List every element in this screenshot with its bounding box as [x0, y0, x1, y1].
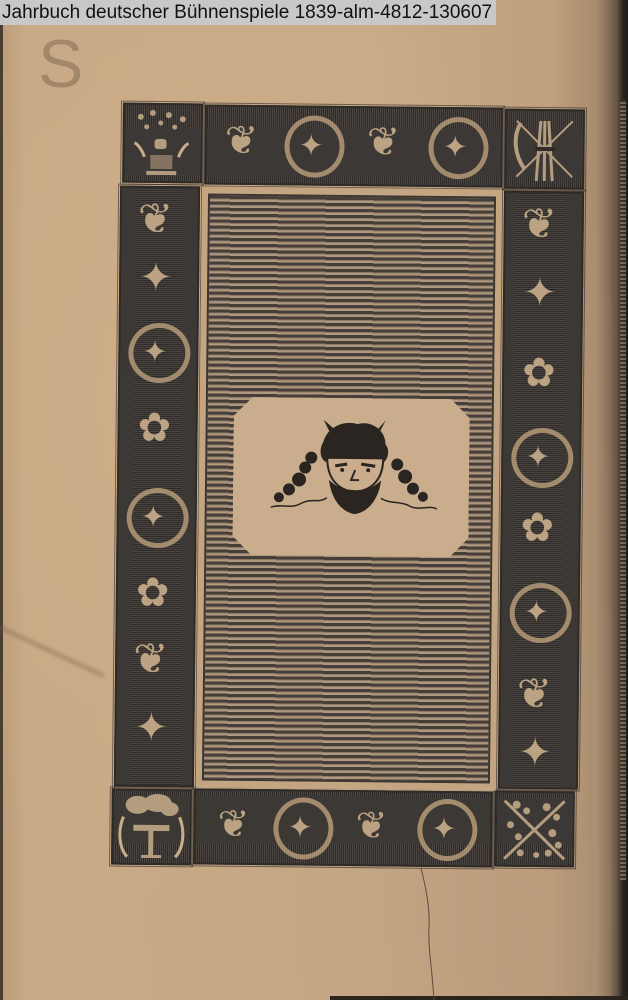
band-left: ❦ ✦ ✦ ✿ ✦ ✿ ❦ ✦	[114, 186, 200, 788]
crossed-torches-with-flowers-icon	[496, 793, 573, 866]
page-bottom-shadow	[330, 996, 628, 1000]
scanned-page: S	[0, 0, 628, 1000]
flower-icon: ✿	[137, 408, 171, 448]
ivy-leaf-icon: ❦	[133, 638, 169, 680]
ivy-leaf-icon: ✦	[134, 708, 168, 748]
corner-top-right	[504, 109, 585, 190]
ivy-leaf-icon: ❦	[355, 806, 387, 844]
paper-crack	[420, 868, 438, 1000]
ivy-leaf-icon: ✦	[298, 131, 323, 161]
ivy-leaf-icon: ❦	[224, 121, 258, 161]
ivy-leaf-icon: ✦	[524, 598, 549, 628]
document-title-bar: Jahrbuch deutscher Bühnenspiele 1839-alm…	[0, 0, 496, 25]
page-left-edge	[0, 0, 3, 1000]
ivy-leaf-icon: ✦	[523, 273, 557, 313]
ivy-leaf-icon: ❦	[366, 122, 400, 162]
flower-icon: ✿	[520, 508, 554, 548]
band-top: ❦ ✦ ❦ ✦	[204, 104, 503, 187]
ivy-leaf-icon: ✦	[140, 503, 165, 533]
spine-texture	[620, 100, 626, 880]
satyr-mask-with-grapevine-icon	[260, 417, 441, 537]
flower-icon: ✿	[136, 573, 170, 613]
ivy-leaf-icon: ✦	[525, 443, 550, 473]
corner-bottom-left	[111, 789, 192, 866]
clouds-and-altar-icon	[113, 791, 190, 864]
ornamental-frame: ❦ ✦ ❦ ✦ ❦ ✦ ❦ ✦ ❦ ✦ ✦ ✿ ✦ ✿ ❦ ✦	[111, 103, 585, 870]
ivy-leaf-icon: ❦	[138, 198, 174, 240]
ivy-leaf-icon: ✦	[518, 733, 552, 773]
ivy-leaf-icon: ✦	[442, 133, 467, 163]
ivy-leaf-icon: ✦	[142, 338, 167, 368]
corner-top-left	[122, 103, 203, 184]
paper-crease	[0, 625, 105, 678]
ivy-leaf-icon: ✦	[287, 813, 312, 843]
sheaf-with-scythe-icon	[506, 111, 583, 188]
flower-icon: ✿	[522, 353, 556, 393]
library-stamp-letter: S	[38, 30, 83, 98]
center-vignette	[232, 397, 470, 557]
ivy-leaf-icon: ❦	[517, 673, 553, 715]
band-bottom: ❦ ✦ ❦ ✦	[193, 788, 493, 867]
band-right: ❦ ✦ ✿ ✦ ✿ ✦ ❦ ✦	[498, 191, 584, 790]
ivy-leaf-icon: ❦	[522, 203, 558, 245]
ivy-leaf-icon: ❦	[217, 805, 249, 843]
corner-bottom-right	[494, 791, 575, 868]
ivy-leaf-icon: ✦	[431, 815, 456, 845]
ivy-leaf-icon: ✦	[139, 258, 173, 298]
urn-with-flowers-and-skull-icon	[124, 105, 201, 182]
